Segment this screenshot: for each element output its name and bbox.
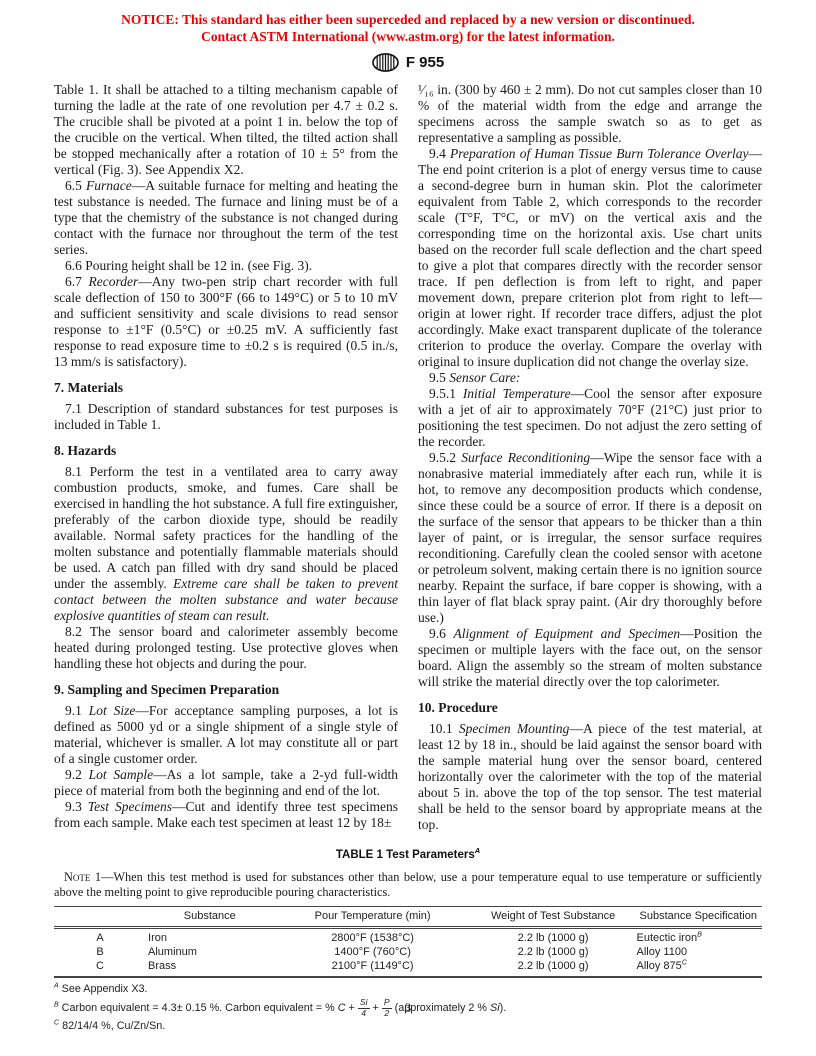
table-footnote: C 82/14/4 %, Cu/Zn/Sn. [54, 1019, 762, 1034]
text-run: Preparation of Human Tissue Burn Toleran… [450, 146, 748, 161]
table-row: CBrass2100°F (1149°C)2.2 lb (1000 g)Allo… [54, 959, 762, 977]
cell-pour-temperature: 1400°F (760°C) [273, 945, 471, 959]
text-run: : [516, 370, 521, 385]
cell-specification: Alloy 1100 [635, 945, 762, 959]
text-run: B [697, 930, 702, 938]
column-header: Weight of Test Substance [472, 907, 635, 928]
text-run: 9. Sampling and Specimen Preparation [54, 682, 279, 697]
table-note: Note 1—When this test method is used for… [54, 870, 762, 899]
text-run: Specimen Mounting [459, 721, 570, 736]
paragraph: ¹⁄₁₆ in. (300 by 460 ± 2 mm). Do not cut… [418, 82, 762, 146]
text-run: 9.2 [65, 767, 89, 782]
paragraph: 9.5.1 Initial Temperature—Cool the senso… [418, 386, 762, 450]
cell-weight: 2.2 lb (1000 g) [472, 959, 635, 977]
column-header: Substance Specification [635, 907, 762, 928]
text-run: Recorder [89, 274, 139, 289]
page-number: 3 [0, 1001, 816, 1016]
cell-label: B [54, 945, 146, 959]
table-row: AIron2800°F (1538°C)2.2 lb (1000 g)Eutec… [54, 928, 762, 946]
section-heading: 9. Sampling and Specimen Preparation [54, 682, 398, 698]
text-run: Lot Size [89, 703, 136, 718]
text-run: Alloy 875 [637, 960, 682, 972]
text-run: C [682, 958, 687, 966]
left-column: Table 1. It shall be attached to a tilti… [54, 82, 398, 831]
text-run: Table 1. It shall be attached to a tilti… [54, 82, 398, 177]
notice-line-1: NOTICE: This standard has either been su… [0, 12, 816, 29]
text-run: 9.5.1 [429, 386, 463, 401]
text-run: 82/14/4 %, Cu/Zn/Sn. [59, 1020, 165, 1032]
notice-line-2: Contact ASTM International (www.astm.org… [0, 29, 816, 46]
text-run: 9.5.2 [429, 450, 461, 465]
text-run: 9.4 [429, 146, 450, 161]
cell-specification: Eutectic ironB [635, 928, 762, 946]
cell-substance: Brass [146, 959, 273, 977]
table-footnote: A See Appendix X3. [54, 982, 762, 997]
text-run: 1—When this test method is used for subs… [54, 870, 762, 899]
text-run: Sensor Care [449, 370, 516, 385]
text-run: Alignment of Equipment and Specimen [453, 626, 680, 641]
paragraph: 8.2 The sensor board and calorimeter ass… [54, 624, 398, 672]
text-run: 8.1 Perform the test in a ventilated are… [54, 464, 398, 591]
text-run: 7.1 Description of standard substances f… [54, 401, 398, 432]
text-run: 10. Procedure [418, 700, 498, 715]
paragraph: 9.3 Test Specimens—Cut and identify thre… [54, 799, 398, 831]
text-run: 9.1 [65, 703, 89, 718]
text-run: See Appendix X3. [59, 983, 148, 995]
cell-pour-temperature: 2800°F (1538°C) [273, 928, 471, 946]
table-row: BAluminum1400°F (760°C)2.2 lb (1000 g)Al… [54, 945, 762, 959]
text-run: —Wipe the sensor face with a nonabrasive… [418, 450, 762, 625]
text-run: —The end point criterion is a plot of en… [418, 146, 762, 369]
standard-designation: F 955 [406, 54, 444, 71]
right-column: ¹⁄₁₆ in. (300 by 460 ± 2 mm). Do not cut… [418, 82, 762, 833]
cell-substance: Aluminum [146, 945, 273, 959]
text-run: TABLE 1 Test Parameters [336, 849, 475, 861]
table-header-row: SubstancePour Temperature (min)Weight of… [54, 907, 762, 928]
paragraph: 10.1 Specimen Mounting—A piece of the te… [418, 721, 762, 833]
text-run: Eutectic iron [637, 932, 698, 944]
astm-logo-icon [372, 53, 399, 72]
text-run: A [475, 846, 480, 855]
text-run: 6.5 [65, 178, 86, 193]
cell-pour-temperature: 2100°F (1149°C) [273, 959, 471, 977]
cell-label: C [54, 959, 146, 977]
text-run: Lot Sample [89, 767, 154, 782]
text-run: 8.2 The sensor board and calorimeter ass… [54, 624, 398, 671]
cell-weight: 2.2 lb (1000 g) [472, 945, 635, 959]
cell-substance: Iron [146, 928, 273, 946]
text-run: Note [64, 870, 90, 884]
text-run: 6.6 Pouring height shall be 12 in. (see … [65, 258, 312, 273]
cell-label: A [54, 928, 146, 946]
text-run: 6.7 [65, 274, 89, 289]
text-run: Alloy 1100 [637, 946, 688, 958]
column-header: Substance [146, 907, 273, 928]
body-columns: Table 1. It shall be attached to a tilti… [0, 82, 816, 833]
section-heading: 8. Hazards [54, 443, 398, 459]
cell-specification: Alloy 875C [635, 959, 762, 977]
text-run: 9.5 [429, 370, 449, 385]
text-run: —A piece of the test material, at least … [418, 721, 762, 832]
text-run: ¹⁄₁₆ in. (300 by 460 ± 2 mm). Do not cut… [418, 82, 762, 145]
text-run: 7. Materials [54, 380, 123, 395]
discontinuation-notice: NOTICE: This standard has either been su… [0, 0, 816, 45]
paragraph: 9.1 Lot Size—For acceptance sampling pur… [54, 703, 398, 767]
section-heading: 7. Materials [54, 380, 398, 396]
paragraph: 9.5.2 Surface Reconditioning—Wipe the se… [418, 450, 762, 626]
paragraph: 9.4 Preparation of Human Tissue Burn Tol… [418, 146, 762, 370]
column-header [54, 907, 146, 928]
test-parameters-table: SubstancePour Temperature (min)Weight of… [54, 906, 762, 978]
paragraph: 6.7 Recorder—Any two-pen strip chart rec… [54, 274, 398, 370]
column-header: Pour Temperature (min) [273, 907, 471, 928]
text-run: 10.1 [429, 721, 459, 736]
paragraph: 9.6 Alignment of Equipment and Specimen—… [418, 626, 762, 690]
text-run: Furnace [86, 178, 132, 193]
text-run: 8. Hazards [54, 443, 116, 458]
paragraph: Table 1. It shall be attached to a tilti… [54, 82, 398, 178]
text-run: Surface Reconditioning [461, 450, 590, 465]
text-run: 9.6 [429, 626, 453, 641]
section-heading: 10. Procedure [418, 700, 762, 716]
paragraph: 9.2 Lot Sample—As a lot sample, take a 2… [54, 767, 398, 799]
text-run: Initial Temperature [463, 386, 571, 401]
text-run: 9.3 [65, 799, 88, 814]
paragraph: 9.5 Sensor Care: [418, 370, 762, 386]
paragraph: 6.5 Furnace—A suitable furnace for melti… [54, 178, 398, 258]
text-run: Test Specimens [88, 799, 172, 814]
paragraph: 8.1 Perform the test in a ventilated are… [54, 464, 398, 624]
document-header: F 955 [0, 53, 816, 72]
paragraph: 6.6 Pouring height shall be 12 in. (see … [54, 258, 398, 274]
cell-weight: 2.2 lb (1000 g) [472, 928, 635, 946]
table-title: TABLE 1 Test ParametersA [54, 849, 762, 861]
paragraph: 7.1 Description of standard substances f… [54, 401, 398, 433]
document-page: NOTICE: This standard has either been su… [0, 0, 816, 1056]
